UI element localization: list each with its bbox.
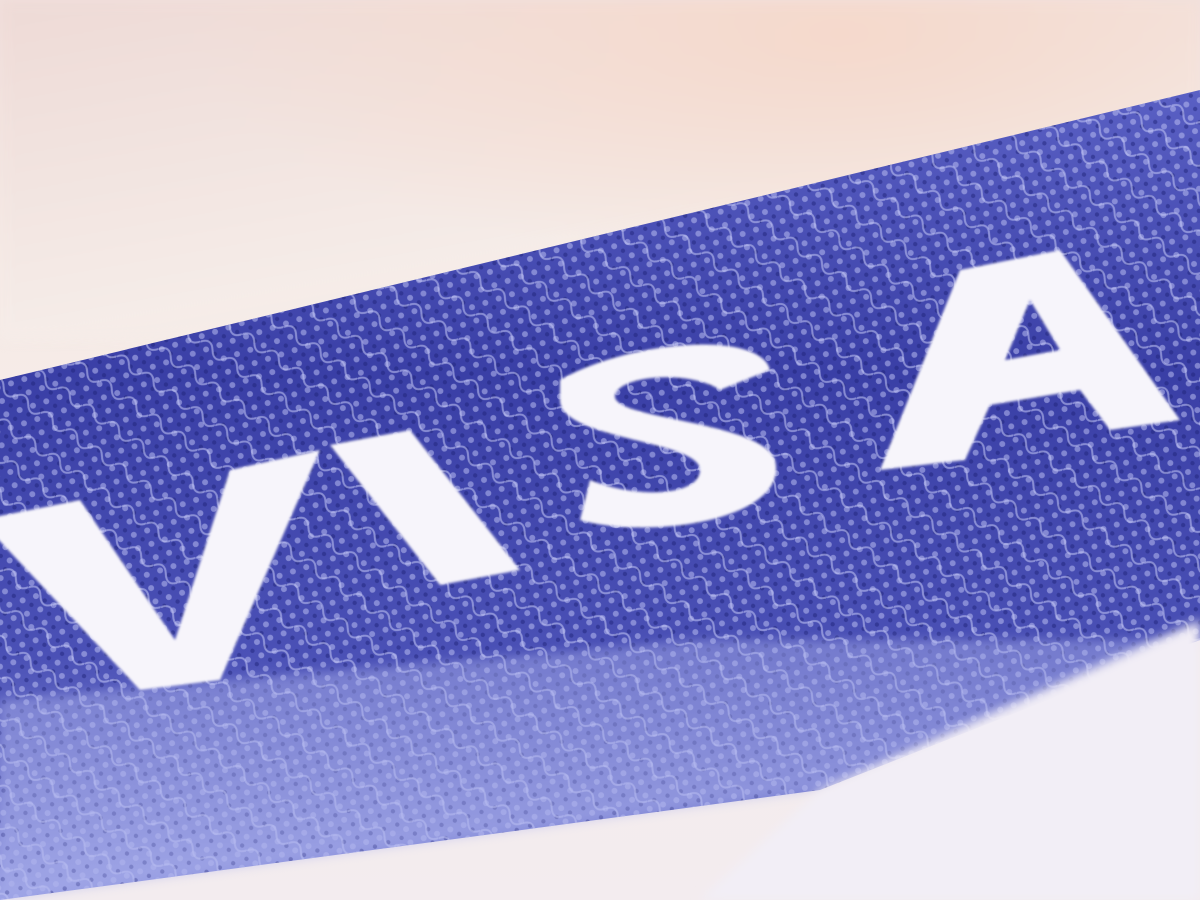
visa-band (0, 0, 1200, 900)
photo-scene (0, 0, 1200, 900)
